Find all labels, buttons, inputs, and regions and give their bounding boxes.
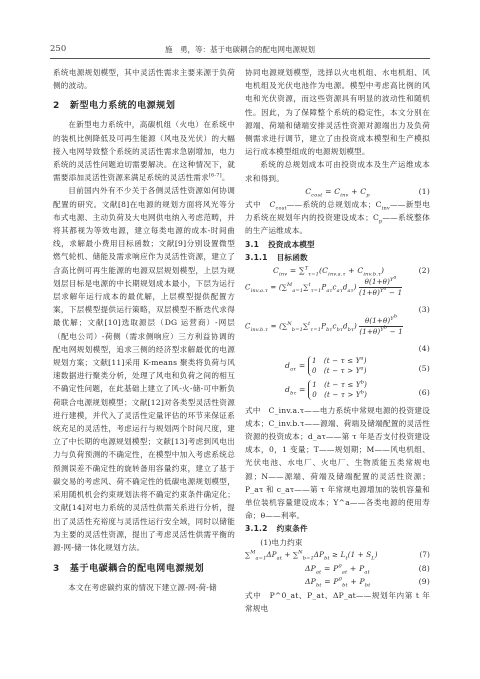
subsection-heading-3-1-1: 3.1.1目标函数: [245, 251, 430, 264]
equation-2: Cinv = ∑Tτ=1(Cinv.a.τ + Cinv.b.τ) (2): [245, 264, 430, 277]
equation-6: dbτ = 1 (t − τ ≤ Yb)0 (t − τ > Yb) (6): [245, 380, 430, 404]
equation-number: (1): [419, 185, 430, 198]
paragraph: 目前国内外有不少关于各侧灵活性资源如何协调配置的研究。文献[8]在电源的规划方面…: [53, 184, 235, 554]
equation-4: Cinv.b.τ = (∑Nb=1∑tτ=1Pbτcbτdbτ) θ(1+θ)Y…: [245, 316, 430, 342]
paragraph: 在新型电力系统中，高碳机组（火电）在系统中的装机比例降低及可再生能源（风电及光伏…: [53, 118, 235, 184]
section-heading-2: 2新型电力系统的电源规划: [53, 99, 235, 113]
subsection-heading-3-1: 3.1投资成本模型: [245, 238, 430, 251]
equation-3: Cinv.a.τ = (∑Ma=1∑tτ=1Paτcaτdaτ) θ(1+θ)Y…: [245, 277, 430, 303]
equation-7: ∑Ma=1ΔPat + ∑Nb=1ΔPbt ≥ Lt(1 + SL) (7): [245, 549, 430, 562]
equation-5: daτ = 1 (t − τ ≤ Ya)0 (t − τ > Ya) (5): [245, 356, 430, 380]
equation-1: Ccost = Cinv + Cp (1): [245, 185, 430, 198]
section-heading-3: 3基于电碳耦合的配电网电源规划: [53, 562, 235, 576]
symbol-definitions: 式中 Ccost——系统的总规划成本；Cinv——新型电力系统在规划年内的投资建…: [245, 198, 430, 238]
paragraph: 协同电源规划模型，选择以火电机组、水电机组、风电机组及光伏电池作为电源。模型中考…: [245, 66, 430, 158]
symbol-definitions: 式中 P^0_at、P_at、ΔP_at——规划年内第 t 年常规电: [245, 589, 430, 615]
symbol-definitions: 式中 C_inv.a.τ——电力系统中常规电源的投资建设成本；C_inv.b.τ…: [245, 404, 430, 523]
equation-number: (3): [245, 303, 430, 316]
left-column: 系统电源规划模型，其中灵活性需求主要来源于负荷侧的波动。 2新型电力系统的电源规…: [53, 66, 235, 594]
constraint-label: (1)电力约束: [245, 536, 430, 549]
subsection-heading-3-1-2: 3.1.2约束条件: [245, 522, 430, 535]
citation[interactable]: [6-7]: [209, 173, 222, 179]
paragraph: 本文在考虑碳约束的情况下建立源-网-荷-储: [53, 581, 235, 594]
equation-9: ΔPbt = P0bt + Pbt (9): [245, 575, 430, 588]
page-header: 250 施 勇，等：基于电碳耦合的配电网电源规划: [50, 44, 430, 59]
paragraph: 系统电源规划模型，其中灵活性需求主要来源于负荷侧的波动。: [53, 66, 235, 92]
equation-8: ΔPat = P0at + Pat (8): [245, 562, 430, 575]
running-title: 施 勇，等：基于电碳耦合的配电网电源规划: [50, 44, 430, 55]
paragraph: 系统的总规划成本可由投资成本及生产运维成本求和得到。: [245, 158, 430, 184]
right-column: 协同电源规划模型，选择以火电机组、水电机组、风电机组及光伏电池作为电源。模型中考…: [245, 66, 430, 615]
equation-number: (4): [245, 342, 430, 355]
